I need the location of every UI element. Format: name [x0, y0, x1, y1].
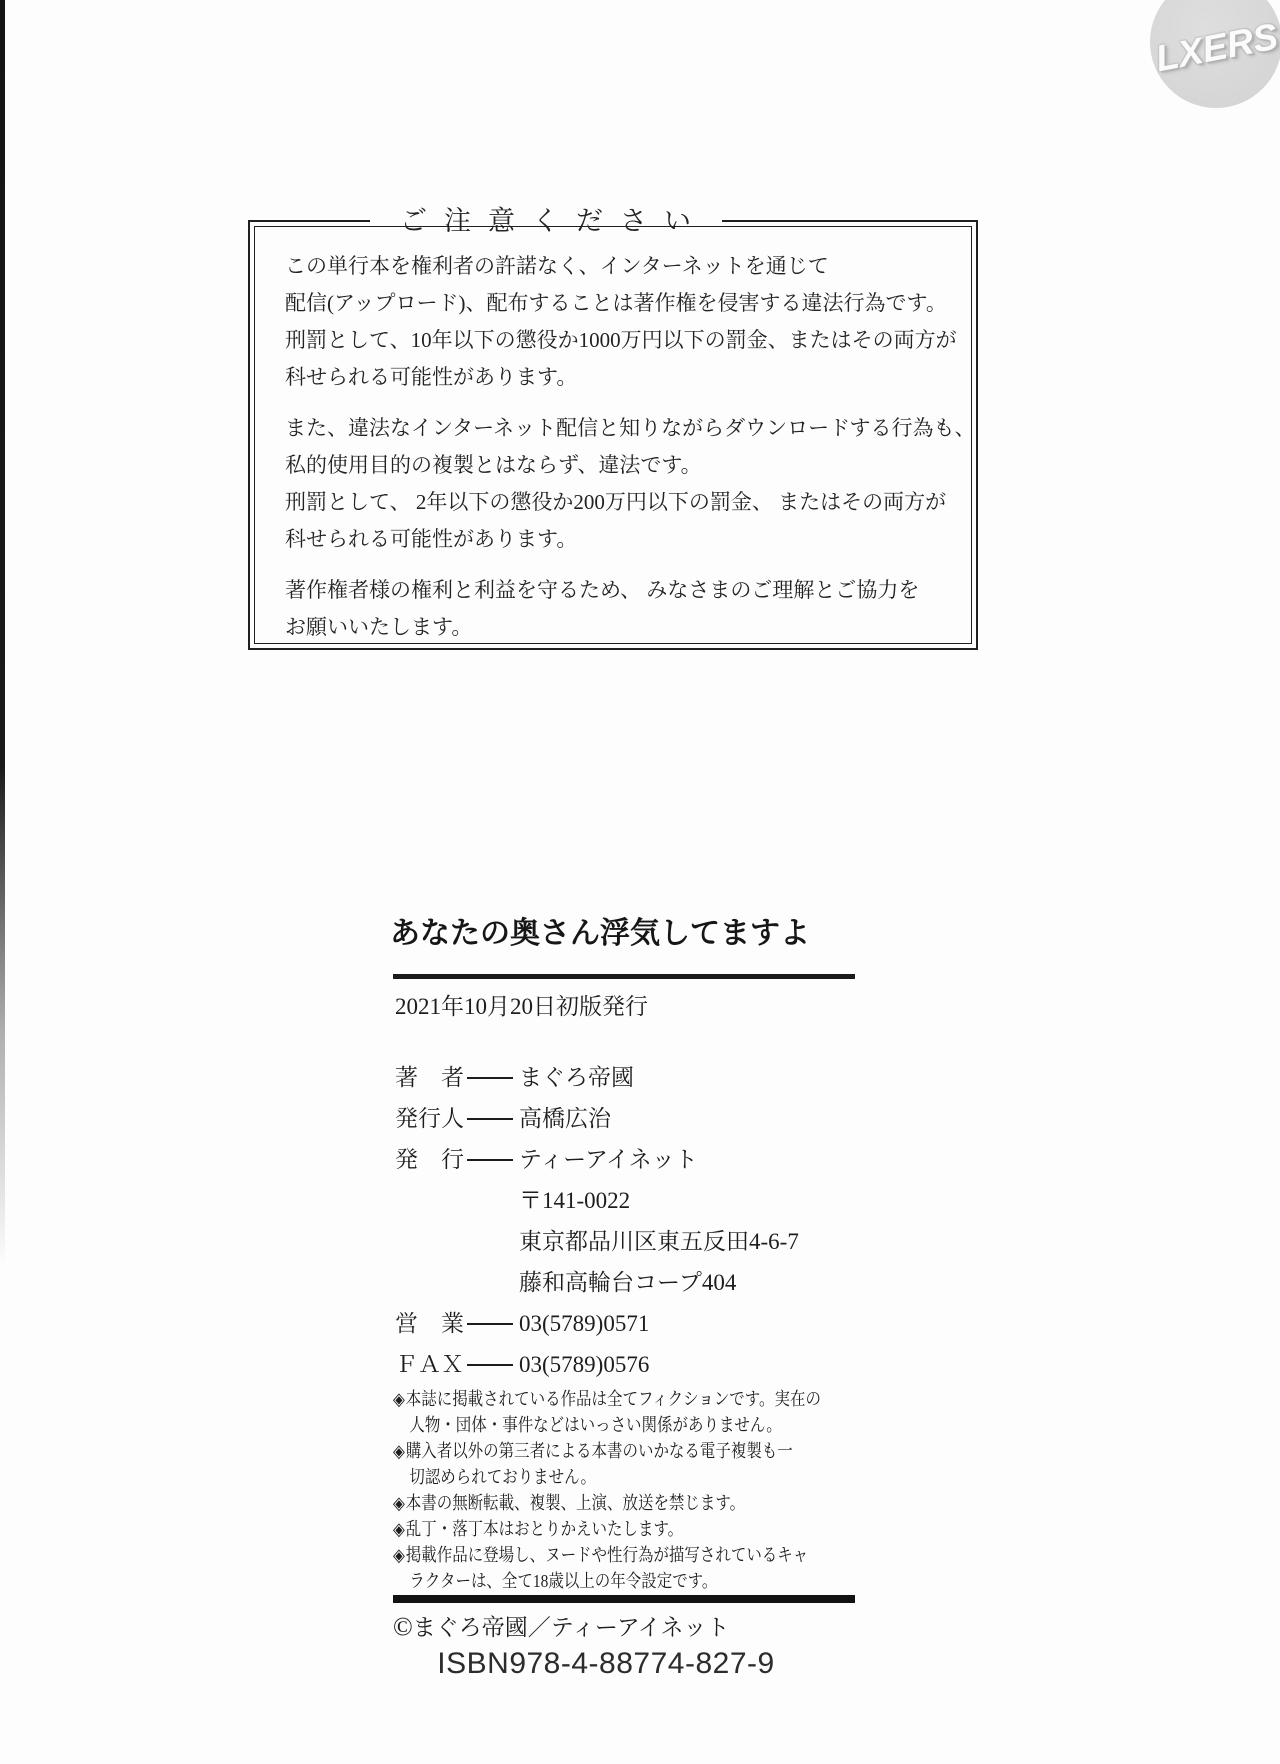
sales-label: 営 業 [395, 1303, 467, 1344]
scan-edge-artifact [0, 0, 5, 1320]
note-item: ◈本書の無断転載、複製、上演、放送を禁じます。 [393, 1490, 875, 1516]
note-item: ◈本誌に掲載されている作品は全てフィクションです。実在の [393, 1386, 875, 1412]
publisher-label: 発 行 [395, 1139, 467, 1180]
diamond-bullet-icon: ◈ [393, 1389, 405, 1409]
isbn-number: ISBN978-4-88774-827-9 [375, 1647, 837, 1681]
dash-line [467, 1159, 513, 1161]
author-label: 著 者 [395, 1057, 467, 1098]
warning-text-line: お願いいたします。 [285, 609, 951, 646]
warning-text-line: 著作権者様の権利と利益を守るため、 みなさまのご理解とご協力を [285, 572, 951, 609]
fax-label: ＦＡＸ [395, 1344, 467, 1385]
warning-text-line: 配信(アップロード)、配布することは著作権を侵害する違法行為です。 [285, 285, 951, 322]
copyright-line: ©まぐろ帝國／ティーアイネット [393, 1609, 729, 1642]
note-continuation: ラクターは、全て18歳以上の年令設定です。 [393, 1568, 875, 1594]
warning-text-line: 科せられる可能性があります。 [285, 521, 951, 558]
publisher-name: ティーアイネット [519, 1147, 698, 1172]
warning-paragraph: この単行本を権利者の許諾なく、インターネットを通じて 配信(アップロード)、配布… [285, 248, 951, 396]
note-text: 乱丁・落丁本はおとりかえいたします。 [406, 1519, 683, 1539]
title-divider-rule [393, 974, 855, 979]
publisher-person-name: 高橋広治 [519, 1106, 611, 1131]
warning-text-line: 刑罰として、10年以下の懲役か1000万円以下の罰金、またはその両方が [285, 322, 951, 359]
diamond-bullet-icon: ◈ [393, 1545, 405, 1565]
copyright-symbol: © [393, 1612, 413, 1641]
diamond-bullet-icon: ◈ [393, 1493, 405, 1513]
warning-paragraph: 著作権者様の権利と利益を守るため、 みなさまのご理解とご協力を お願いいたします… [285, 572, 951, 646]
note-item: ◈掲載作品に登場し、ヌードや性行為が描写されているキャ [393, 1542, 875, 1568]
publisher-person-label: 発行人 [395, 1098, 467, 1139]
note-text: 本書の無断転載、複製、上演、放送を禁じます。 [406, 1493, 745, 1513]
note-continuation: 人物・団体・事件などはいっさい関係がありません。 [393, 1412, 875, 1438]
colophon-block: あなたの奥さん浮気してますよ 2021年10月20日初版発行 著 者まぐろ帝國 … [393, 908, 855, 1738]
warning-text-line: また、違法なインターネット配信と知りながらダウンロードする行為も、 [285, 410, 951, 447]
watermark-text: LXERS [1153, 16, 1280, 81]
fax-number: 03(5789)0576 [519, 1352, 649, 1377]
legal-notes-list: ◈本誌に掲載されている作品は全てフィクションです。実在の 人物・団体・事件などは… [393, 1386, 953, 1594]
fax-row: ＦＡＸ03(5789)0576 [395, 1344, 855, 1385]
diamond-bullet-icon: ◈ [393, 1519, 405, 1539]
dash-line [467, 1323, 513, 1325]
publisher-row: 発 行ティーアイネット [395, 1139, 855, 1180]
address-line: 東京都品川区東五反田4-6-7 [519, 1221, 855, 1262]
dash-line [467, 1364, 513, 1366]
postal-code: 〒141-0022 [519, 1180, 855, 1221]
sales-phone-row: 営 業03(5789)0571 [395, 1303, 855, 1344]
warning-paragraph: また、違法なインターネット配信と知りながらダウンロードする行為も、 私的使用目的… [285, 410, 951, 558]
warning-box-inner-border: この単行本を権利者の許諾なく、インターネットを通じて 配信(アップロード)、配布… [254, 226, 972, 644]
publication-rows: 著 者まぐろ帝國 発行人高橋広治 発 行ティーアイネット 〒141-0022 東… [395, 1057, 855, 1385]
note-text: 本誌に掲載されている作品は全てフィクションです。実在の [406, 1389, 821, 1409]
edition-date: 2021年10月20日初版発行 [395, 988, 648, 1021]
author-name: まぐろ帝國 [519, 1065, 634, 1090]
scanned-colophon-page: LXERS ご注意ください この単行本を権利者の許諾なく、インターネットを通じて… [0, 0, 1280, 1764]
book-title: あなたの奥さん浮気してますよ [390, 908, 810, 952]
publisher-address: 〒141-0022 東京都品川区東五反田4-6-7 藤和高輪台コープ404 [395, 1180, 855, 1303]
sales-phone-number: 03(5789)0571 [519, 1311, 649, 1336]
diamond-bullet-icon: ◈ [393, 1441, 405, 1461]
warning-text-line: 私的使用目的の複製とはならず、違法です。 [285, 447, 951, 484]
address-line: 藤和高輪台コープ404 [519, 1262, 855, 1303]
publisher-person-row: 発行人高橋広治 [395, 1098, 855, 1139]
watermark-badge: LXERS [1150, 0, 1280, 108]
dash-line [467, 1077, 513, 1079]
warning-box-text: この単行本を権利者の許諾なく、インターネットを通じて 配信(アップロード)、配布… [285, 248, 951, 646]
note-text: 購入者以外の第三者による本書のいかなる電子複製も一 [406, 1441, 793, 1461]
note-item: ◈乱丁・落丁本はおとりかえいたします。 [393, 1516, 875, 1542]
dash-line [467, 1118, 513, 1120]
warning-text-line: この単行本を権利者の許諾なく、インターネットを通じて [285, 248, 951, 285]
note-continuation: 切認められておりません。 [393, 1464, 875, 1490]
warning-text-line: 刑罰として、 2年以下の懲役か200万円以下の罰金、 またはその両方が [285, 484, 951, 521]
copyright-warning-box: ご注意ください この単行本を権利者の許諾なく、インターネットを通じて 配信(アッ… [248, 220, 978, 650]
warning-text-line: 科せられる可能性があります。 [285, 359, 951, 396]
bottom-divider-bar [393, 1595, 855, 1603]
author-row: 著 者まぐろ帝國 [395, 1057, 855, 1098]
note-item: ◈購入者以外の第三者による本書のいかなる電子複製も一 [393, 1438, 875, 1464]
copyright-text: まぐろ帝國／ティーアイネット [413, 1615, 730, 1640]
note-text: 掲載作品に登場し、ヌードや性行為が描写されているキャ [406, 1545, 808, 1565]
